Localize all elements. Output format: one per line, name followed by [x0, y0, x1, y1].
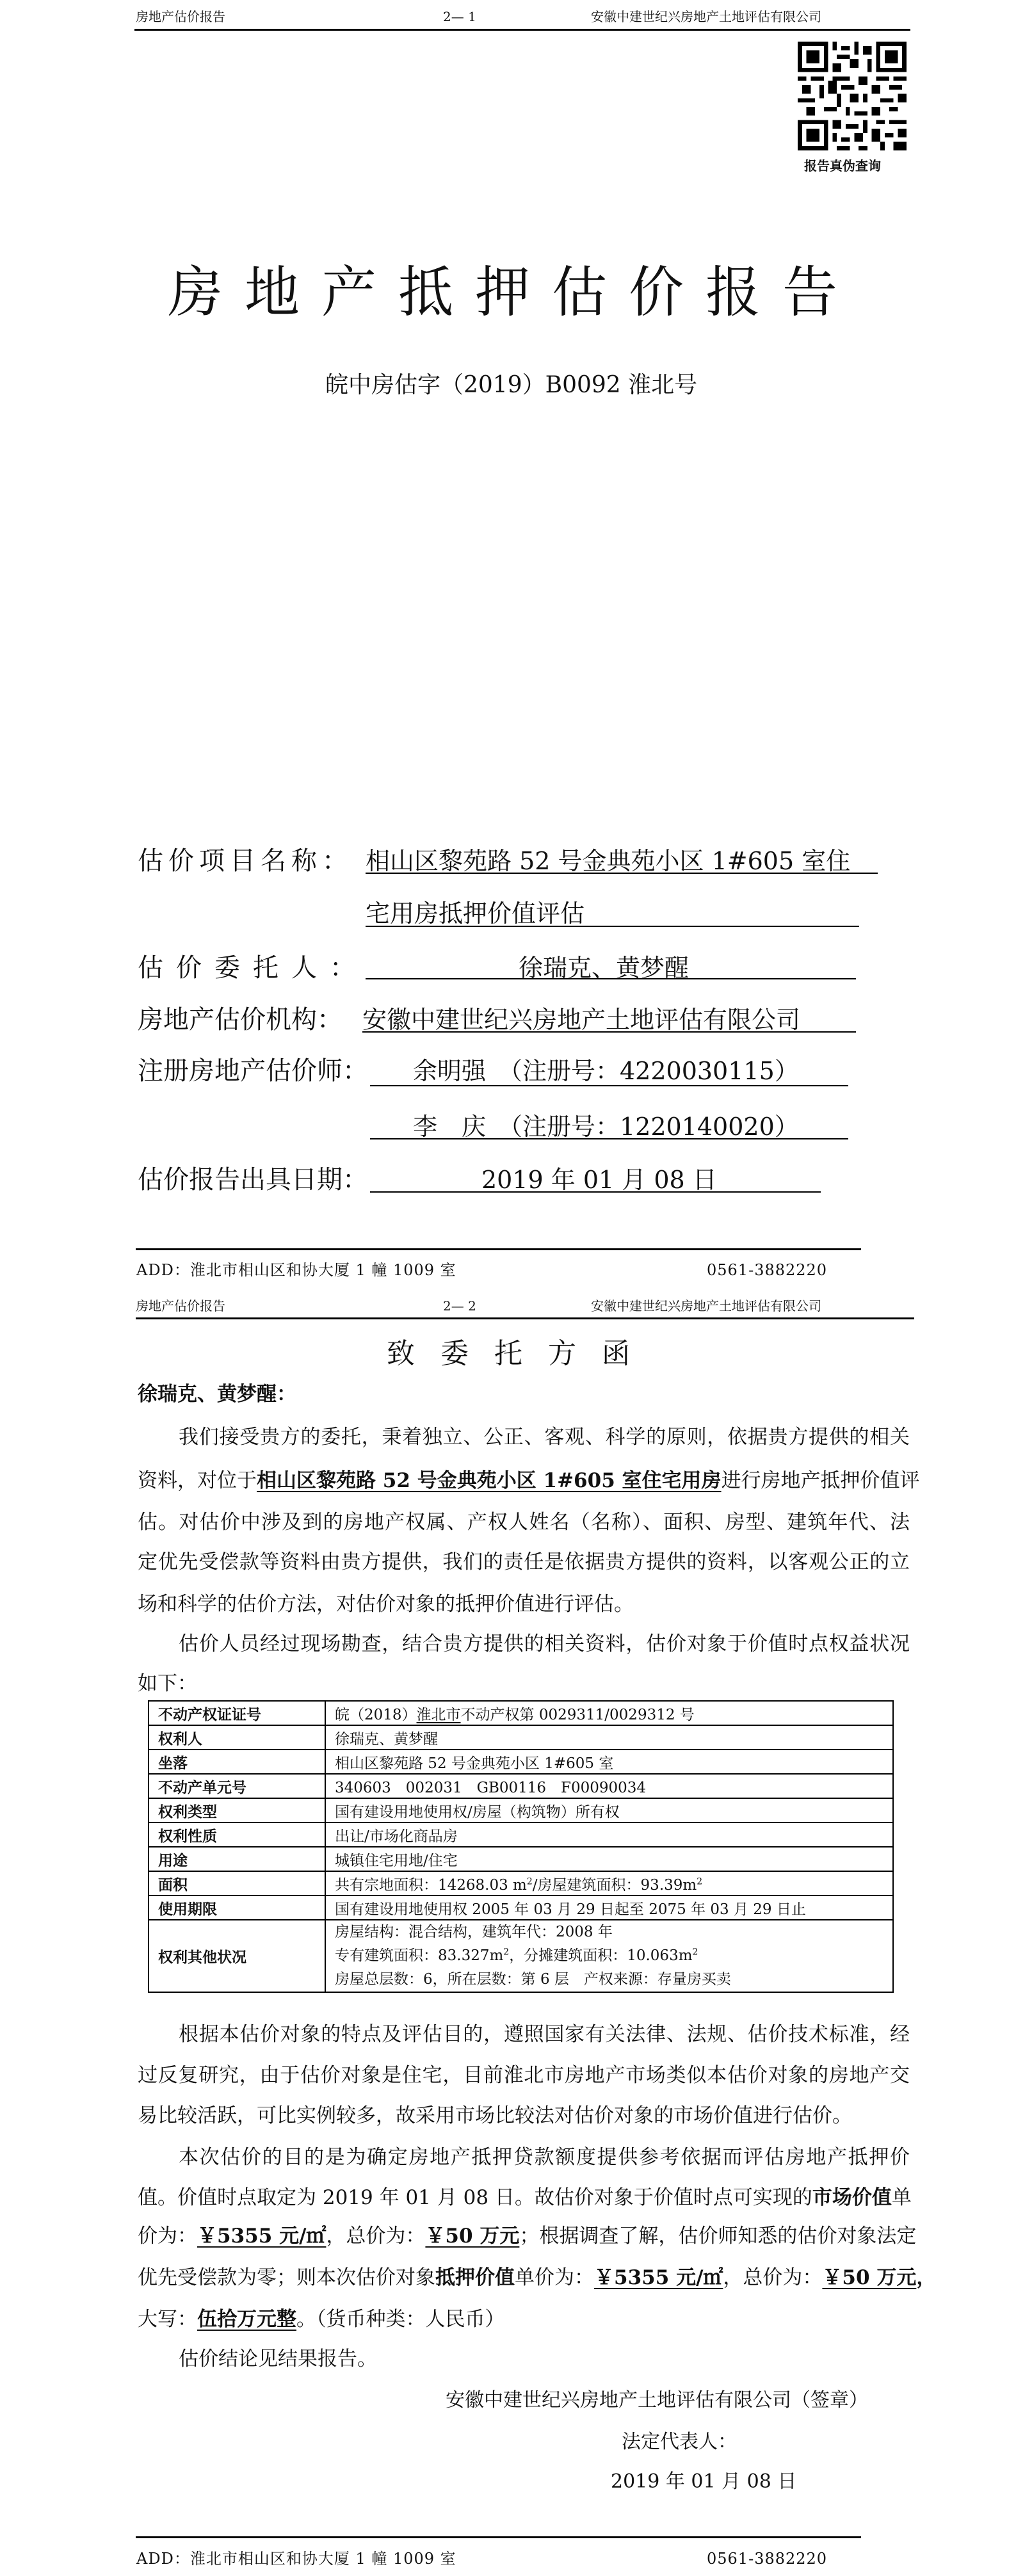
para3-line1: 根据本估价对象的特点及评估目的，遵照国家有关法律、法规、估价技术标准，经: [179, 2022, 910, 2047]
para1-line5: 场和科学的估价方法，对估价对象的抵押价值进行评估。: [138, 1591, 910, 1617]
para3-line3: 易比较活跃，可比实例较多，故采用市场比较法对估价对象的市场价值进行估价。: [138, 2103, 910, 2129]
row-value: 国有建设用地使用权 2005 年 03 月 29 日起至 2075 年 03 月…: [325, 1896, 893, 1920]
row-key: 权利其他状况: [149, 1920, 325, 1992]
project-name-line2: 宅用房抵押价值评估: [366, 898, 585, 930]
floor-line: 房屋总层数：6，所在层数：第 6 层 产权来源：存量房买卖: [335, 1968, 883, 1992]
conclusion: 估价结论见结果报告。: [179, 2346, 910, 2372]
agency-label: 房地产估价机构：: [138, 1004, 343, 1036]
footer-rule: [136, 1248, 861, 1250]
header-company: 安徽中建世纪兴房地产土地评估有限公司: [591, 9, 821, 24]
row-value: 共有宗地面积：14268.03 m2/房屋建筑面积：93.39m2: [325, 1871, 893, 1896]
table-row: 用途 城镇住宅用地/住宅: [149, 1847, 893, 1871]
table-row: 不动产权证证号 皖（2018）淮北市不动产权第 0029311/0029312 …: [149, 1701, 893, 1725]
para1-text: 进行房地产抵押价值评: [722, 1469, 920, 1492]
agency-underline: [362, 1031, 856, 1033]
para2-line2: 如下：: [138, 1671, 910, 1696]
footer-address: ADD：淮北市相山区和协大厦 1 幢 1009 室: [136, 2549, 456, 2568]
cert-city: 淮北市: [417, 1707, 461, 1723]
para4-text: ，: [916, 2266, 936, 2289]
row-key: 用途: [149, 1847, 325, 1871]
table-row: 权利其他状况 房屋结构：混合结构，建筑年代：2008 年 专有建筑面积：83.3…: [149, 1920, 893, 1992]
area-line: 专有建筑面积：83.327m2，分摊建筑面积：10.063m2: [335, 1944, 883, 1968]
para4-text: 优先受偿款为零；则本次估价对象: [138, 2266, 435, 2289]
footer-phone: 0561-3882220: [707, 2549, 827, 2568]
row-key: 面积: [149, 1871, 325, 1896]
mortgage-value-term: 抵押价值: [435, 2266, 515, 2289]
row-key: 不动产权证证号: [149, 1701, 325, 1725]
superscript: 2: [503, 1947, 509, 1957]
exclusive-area: 专有建筑面积：83.327m: [335, 1947, 503, 1964]
report-number: 皖中房估字（2019）B0092 淮北号: [325, 371, 697, 399]
para4-line4: 优先受偿款为零；则本次估价对象抵押价值单价为：￥5355 元/㎡，总价为：￥50…: [138, 2265, 910, 2290]
header-company: 安徽中建世纪兴房地产土地评估有限公司: [591, 1298, 821, 1314]
row-key: 权利人: [149, 1725, 325, 1750]
para4-text: 单: [892, 2186, 912, 2209]
superscript: 2: [693, 1947, 698, 1957]
market-unit-price: ￥5355 元/㎡: [197, 2225, 326, 2248]
market-total-price: ￥50 万元: [425, 2225, 519, 2248]
row-value: 国有建设用地使用权/房屋（构筑物）所有权: [325, 1798, 893, 1823]
para2-line1: 估价人员经过现场勘查，结合贵方提供的相关资料，估价对象于价值时点权益状况: [179, 1631, 910, 1657]
property-rights-table: 不动产权证证号 皖（2018）淮北市不动产权第 0029311/0029312 …: [148, 1700, 894, 1993]
signature-date: 2019 年 01 月 08 日: [611, 2469, 796, 2495]
letter-title: 致委托方函: [387, 1337, 656, 1371]
para4-text: 大写：: [138, 2308, 197, 2331]
signature-company: 安徽中建世纪兴房地产土地评估有限公司（签章）: [446, 2388, 868, 2413]
para4-text: ，总价为：: [326, 2225, 425, 2248]
issue-date-label: 估价报告出具日期：: [138, 1164, 368, 1196]
row-value: 皖（2018）淮北市不动产权第 0029311/0029312 号: [325, 1701, 893, 1725]
appraiser-2-underline: [370, 1138, 848, 1139]
building-area: /房屋建筑面积：93.39m: [533, 1877, 697, 1894]
row-key: 权利类型: [149, 1798, 325, 1823]
amount-in-words: 伍拾万元整: [197, 2308, 296, 2331]
table-row: 不动产单元号 340603 002031 GB00116 F00090034: [149, 1774, 893, 1798]
footer-phone: 0561-3882220: [707, 1260, 827, 1280]
para4-text: ；根据调查了解，估价师知悉的估价对象法定: [519, 2225, 916, 2248]
row-value: 徐瑞克、黄梦醒: [325, 1725, 893, 1750]
table-row: 权利类型 国有建设用地使用权/房屋（构筑物）所有权: [149, 1798, 893, 1823]
header-rule: [134, 29, 910, 31]
row-key: 不动产单元号: [149, 1774, 325, 1798]
row-key: 权利性质: [149, 1823, 325, 1847]
row-value: 房屋结构：混合结构，建筑年代：2008 年 专有建筑面积：83.327m2，分摊…: [325, 1920, 893, 1992]
para1-line4: 定优先受偿款等资料由贵方提供，我们的责任是依据贵方提供的资料，以客观公正的立: [138, 1549, 910, 1575]
table-row: 坐落 相山区黎苑路 52 号金典苑小区 1#605 室: [149, 1750, 893, 1774]
appraiser-1-underline: [370, 1085, 848, 1086]
table-row: 权利人 徐瑞克、黄梦醒: [149, 1725, 893, 1750]
project-name-underline-2: [366, 926, 859, 927]
project-name-label: 估价项目名称：: [138, 845, 353, 877]
table-row: 面积 共有宗地面积：14268.03 m2/房屋建筑面积：93.39m2: [149, 1871, 893, 1896]
appraiser-label: 注册房地产估价师：: [138, 1055, 368, 1087]
cert-number: 不动产权第 0029311/0029312 号: [461, 1707, 695, 1723]
cert-prefix: 皖（2018）: [335, 1707, 417, 1723]
row-key: 使用期限: [149, 1896, 325, 1920]
project-name-underline: [366, 873, 878, 874]
para4-text: 值。价值时点取定为 2019 年 01 月 08 日。故估价对象于价值时点可实现…: [138, 2186, 812, 2209]
report-title: 房地产抵押估价报告: [168, 261, 859, 325]
para1-line1: 我们接受贵方的委托，秉着独立、公正、客观、科学的原则，依据贵方提供的相关: [179, 1424, 910, 1450]
land-area: 共有宗地面积：14268.03 m: [335, 1877, 527, 1894]
para4-line5: 大写：伍拾万元整。（货币种类：人民币）: [138, 2306, 910, 2332]
property-address: 相山区黎苑路 52 号金典苑小区 1#605 室住宅用房: [257, 1469, 722, 1492]
row-value: 相山区黎苑路 52 号金典苑小区 1#605 室: [325, 1750, 893, 1774]
header-report-type: 房地产估价报告: [136, 9, 225, 24]
superscript: 2: [527, 1876, 533, 1887]
superscript: 2: [697, 1876, 702, 1887]
footer-rule: [136, 2536, 861, 2538]
footer-address: ADD：淮北市相山区和协大厦 1 幢 1009 室: [136, 1260, 456, 1280]
mortgage-total-price: ￥50 万元: [822, 2266, 916, 2289]
para4-text: 。（货币种类：人民币）: [296, 2308, 505, 2331]
qr-code-icon: [798, 42, 907, 150]
structure-line: 房屋结构：混合结构，建筑年代：2008 年: [335, 1920, 883, 1944]
para4-text: 单价为：: [515, 2266, 594, 2289]
table-row: 使用期限 国有建设用地使用权 2005 年 03 月 29 日起至 2075 年…: [149, 1896, 893, 1920]
header-report-type: 房地产估价报告: [136, 1298, 225, 1314]
qr-verify-label: 报告真伪查询: [804, 156, 881, 174]
issue-date-underline: [370, 1191, 821, 1193]
mortgage-unit-price: ￥5355 元/㎡: [594, 2266, 723, 2289]
row-value: 340603 002031 GB00116 F00090034: [325, 1774, 893, 1798]
row-value: 出让/市场化商品房: [325, 1823, 893, 1847]
header-rule: [136, 1317, 914, 1319]
header-page-number: 2— 2: [443, 1298, 476, 1314]
client-underline: [366, 978, 856, 979]
para1-line2: 资料，对位于相山区黎苑路 52 号金典苑小区 1#605 室住宅用房进行房地产抵…: [138, 1468, 910, 1493]
client-label: 估价委托人：: [138, 952, 368, 984]
salutation: 徐瑞克、黄梦醒：: [138, 1381, 296, 1407]
para4-text: 价为：: [138, 2225, 197, 2248]
shared-area: ，分摊建筑面积：10.063m: [509, 1947, 692, 1964]
para4-line3: 价为：￥5355 元/㎡，总价为：￥50 万元；根据调查了解，估价师知悉的估价对…: [138, 2223, 910, 2249]
para1-text: 资料，对位于: [138, 1469, 257, 1492]
para4-text: ，总价为：: [723, 2266, 822, 2289]
para1-line3: 估。对估价中涉及到的房地产权属、产权人姓名（名称）、面积、房型、建筑年代、法: [138, 1509, 910, 1535]
row-value: 城镇住宅用地/住宅: [325, 1847, 893, 1871]
para4-line2: 值。价值时点取定为 2019 年 01 月 08 日。故估价对象于价值时点可实现…: [138, 2185, 910, 2210]
header-page-number: 2— 1: [443, 9, 476, 24]
row-key: 坐落: [149, 1750, 325, 1774]
para3-line2: 过反复研究，由于估价对象是住宅，目前淮北市房地产市场类似本估价对象的房地产交: [138, 2063, 910, 2088]
table-row: 权利性质 出让/市场化商品房: [149, 1823, 893, 1847]
appraiser-1: 余明强 （注册号：4220030115）: [413, 1055, 799, 1087]
market-value-term: 市场价值: [812, 2186, 892, 2209]
para4-line1: 本次估价的目的是为确定房地产抵押贷款额度提供参考依据而评估房地产抵押价: [179, 2145, 910, 2170]
legal-representative: 法定代表人：: [622, 2429, 737, 2455]
